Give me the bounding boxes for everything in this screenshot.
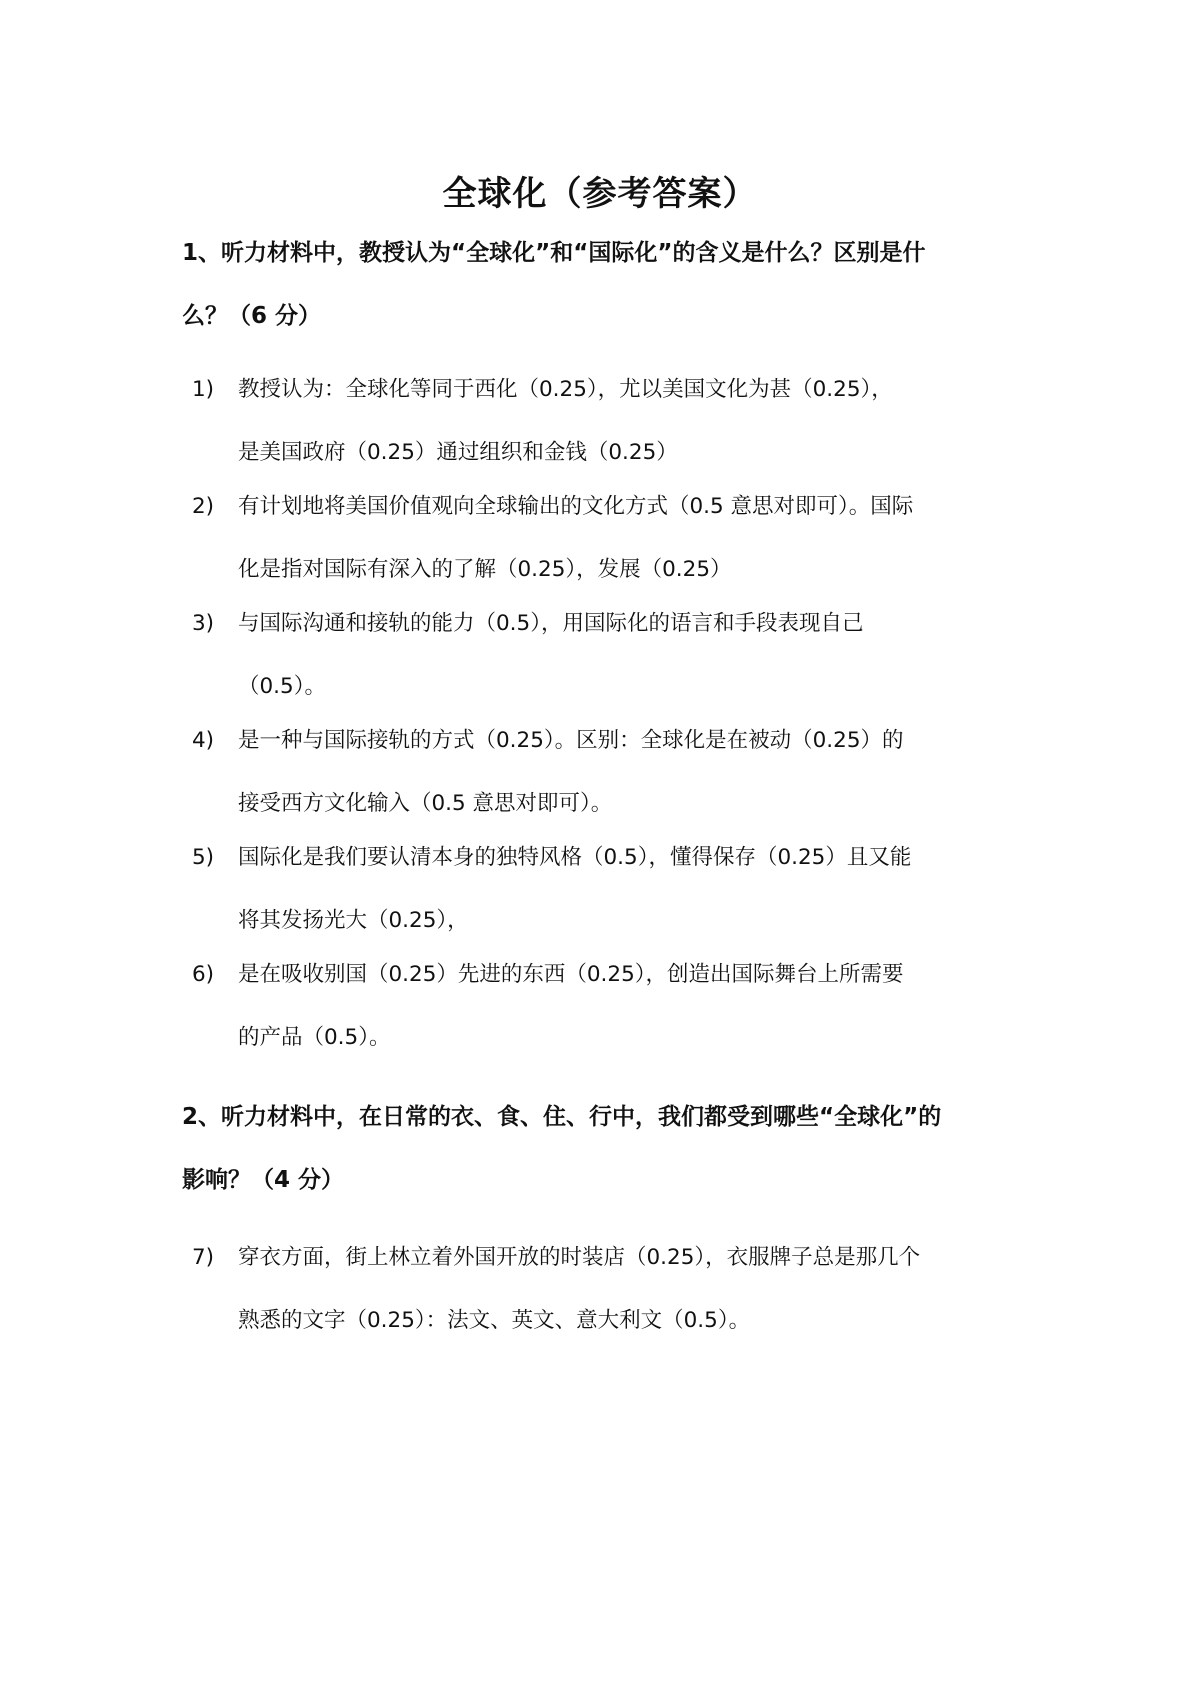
answer-number: 7) [192, 1226, 232, 1289]
answer-number: 6) [192, 943, 232, 1006]
answer-line-2: 的产品（0.5）。 [238, 1006, 1032, 1069]
document-title: 全球化（参考答案） [0, 166, 1200, 215]
document-page: 全球化（参考答案） 1、听力材料中，教授认为“全球化”和“国际化”的含义是什么？… [0, 0, 1200, 1696]
question-1-line-2: 么？（6 分） [182, 285, 1022, 348]
answer-number: 1) [192, 358, 232, 421]
answer-item-5: 5) 国际化是我们要认清本身的独特风格（0.5），懂得保存（0.25）且又能 将… [192, 826, 1032, 952]
answer-item-6: 6) 是在吸收别国（0.25）先进的东西（0.25），创造出国际舞台上所需要 的… [192, 943, 1032, 1069]
answer-number: 2) [192, 475, 232, 538]
question-1-line-1: 1、听力材料中，教授认为“全球化”和“国际化”的含义是什么？区别是什 [182, 222, 1022, 285]
question-2-line-1: 2、听力材料中，在日常的衣、食、住、行中，我们都受到哪些“全球化”的 [182, 1086, 1022, 1149]
answer-line-1: 是在吸收别国（0.25）先进的东西（0.25），创造出国际舞台上所需要 [238, 943, 1032, 1006]
question-1-heading: 1、听力材料中，教授认为“全球化”和“国际化”的含义是什么？区别是什 么？（6 … [182, 222, 1022, 348]
answer-item-2: 2) 有计划地将美国价值观向全球输出的文化方式（0.5 意思对即可）。国际 化是… [192, 475, 1032, 601]
answer-item-3: 3) 与国际沟通和接轨的能力（0.5），用国际化的语言和手段表现自己 （0.5）… [192, 592, 1032, 718]
answer-line-1: 国际化是我们要认清本身的独特风格（0.5），懂得保存（0.25）且又能 [238, 826, 1032, 889]
answer-line-1: 与国际沟通和接轨的能力（0.5），用国际化的语言和手段表现自己 [238, 592, 1032, 655]
answer-number: 5) [192, 826, 232, 889]
answer-line-1: 是一种与国际接轨的方式（0.25）。区别：全球化是在被动（0.25）的 [238, 709, 1032, 772]
answer-line-2: 熟悉的文字（0.25）：法文、英文、意大利文（0.5）。 [238, 1289, 1032, 1352]
question-2-heading: 2、听力材料中，在日常的衣、食、住、行中，我们都受到哪些“全球化”的 影响？（4… [182, 1086, 1022, 1212]
question-2-line-2: 影响？（4 分） [182, 1149, 1022, 1212]
answer-line-1: 穿衣方面，街上林立着外国开放的时装店（0.25），衣服牌子总是那几个 [238, 1226, 1032, 1289]
answer-line-1: 教授认为：全球化等同于西化（0.25），尤以美国文化为甚（0.25）， [238, 358, 1032, 421]
answer-item-1: 1) 教授认为：全球化等同于西化（0.25），尤以美国文化为甚（0.25）， 是… [192, 358, 1032, 484]
answer-number: 3) [192, 592, 232, 655]
answer-item-7: 7) 穿衣方面，街上林立着外国开放的时装店（0.25），衣服牌子总是那几个 熟悉… [192, 1226, 1032, 1352]
answer-number: 4) [192, 709, 232, 772]
answer-line-1: 有计划地将美国价值观向全球输出的文化方式（0.5 意思对即可）。国际 [238, 475, 1032, 538]
answer-item-4: 4) 是一种与国际接轨的方式（0.25）。区别：全球化是在被动（0.25）的 接… [192, 709, 1032, 835]
